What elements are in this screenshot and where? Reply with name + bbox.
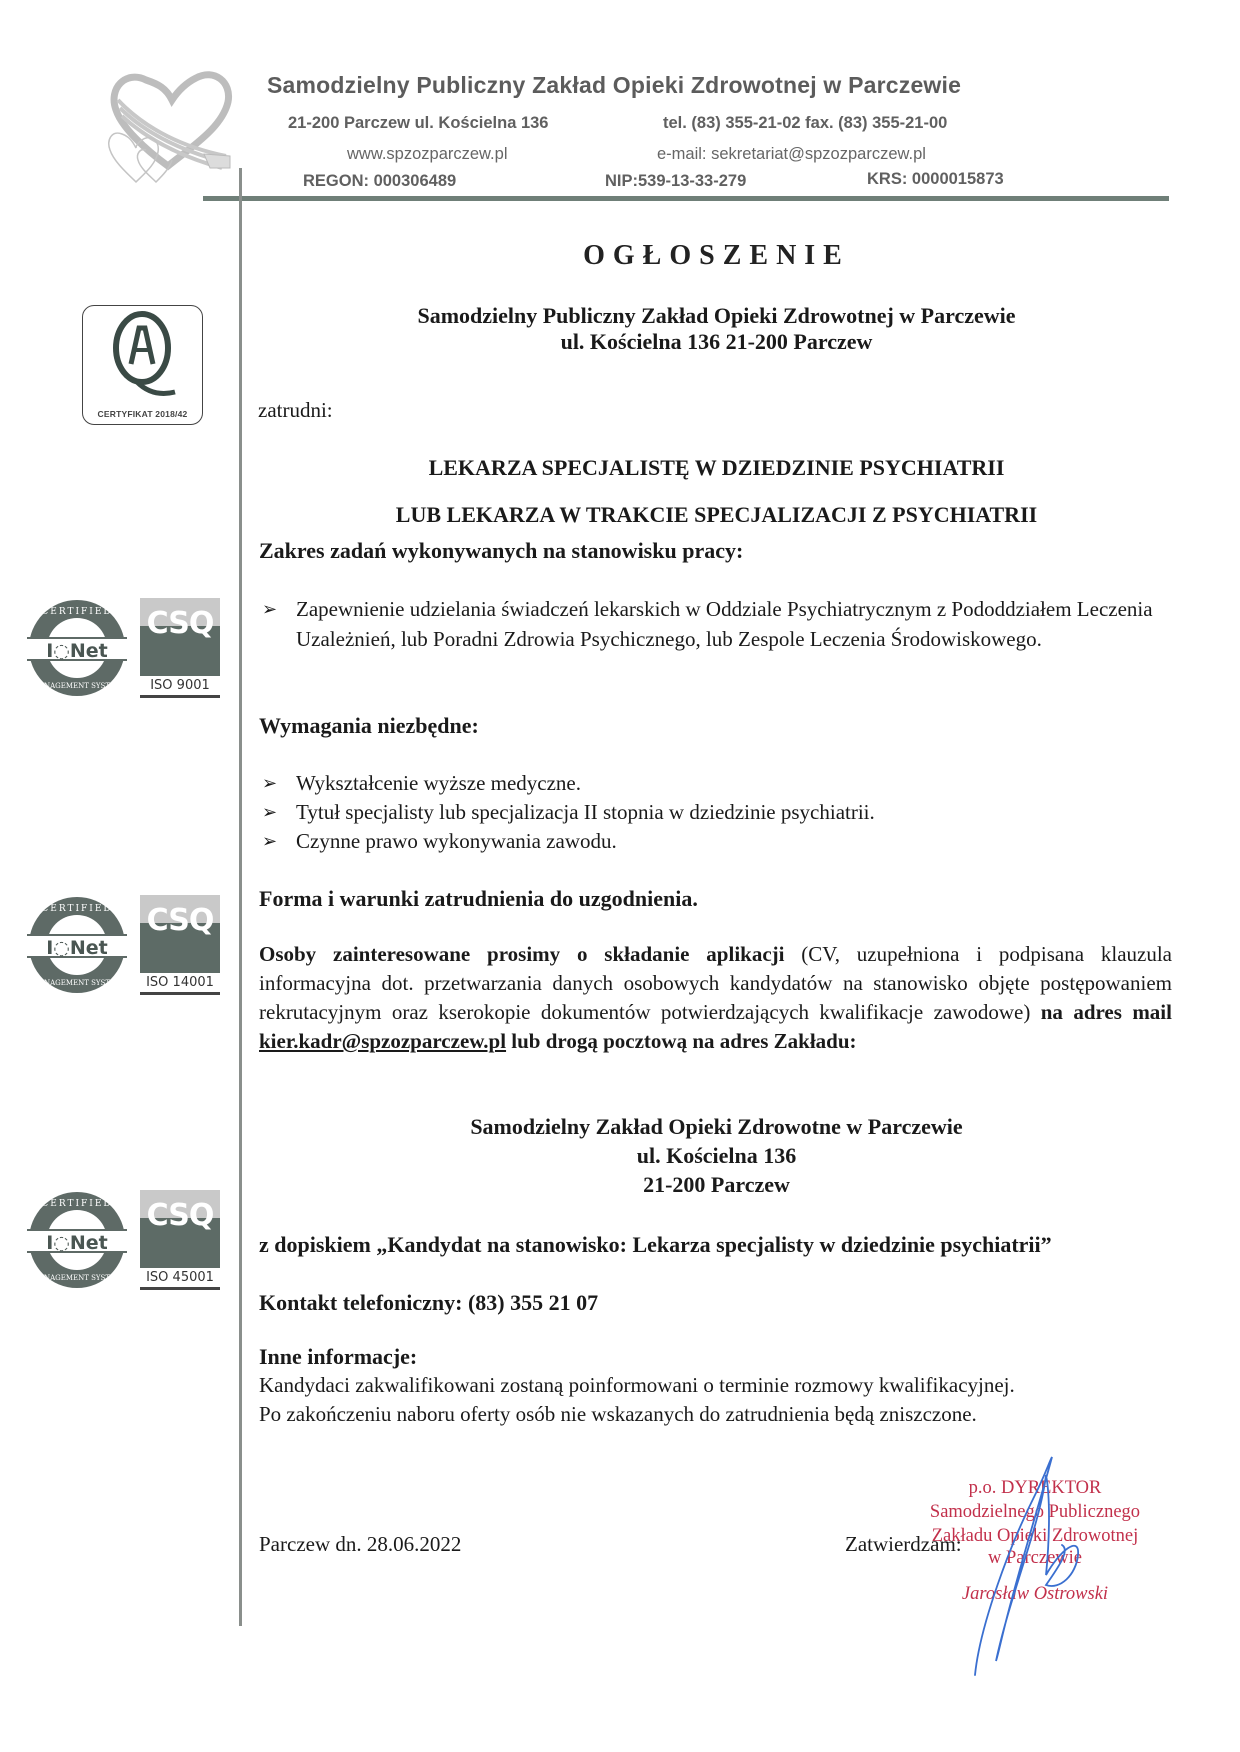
arrow-bullet-icon: ➢ xyxy=(262,826,277,856)
header-rule xyxy=(203,196,1169,201)
letterhead-email[interactable]: e-mail: sekretariat@spzozparczew.pl xyxy=(657,145,926,164)
postal-address-line: ul. Kościelna 136 xyxy=(261,1141,1172,1170)
other-info-heading: Inne informacje: xyxy=(259,1344,1172,1370)
iqnet-seal-icon: I◌Net CERTIFIED MANAGEMENT SYSTEM xyxy=(27,1190,127,1290)
iqnet-seal-icon: I◌Net CERTIFIED MANAGEMENT SYSTEM xyxy=(27,895,127,995)
letterhead-website[interactable]: www.spzozparczew.pl xyxy=(347,145,507,164)
margin-rule xyxy=(239,168,242,1626)
postal-address-line: 21-200 Parczew xyxy=(261,1170,1172,1199)
letterhead-regon: REGON: 000306489 xyxy=(303,172,456,191)
duty-item: ➢ Zapewnienie udzielania świadczeń lekar… xyxy=(296,594,1176,654)
csq-brand: CSQ xyxy=(140,1198,220,1233)
iso-standard-label: ISO 9001 xyxy=(140,678,220,693)
contact-phone: Kontakt telefoniczny: (83) 355 21 07 xyxy=(259,1290,1172,1316)
employer-address: ul. Kościelna 136 21-200 Parczew xyxy=(261,329,1172,355)
svg-text:I◌Net: I◌Net xyxy=(46,1232,108,1254)
iso-14001-logo: I◌Net CERTIFIED MANAGEMENT SYSTEM CSQ IS… xyxy=(27,895,227,997)
letterhead-nip: NIP:539-13-33-279 xyxy=(605,172,746,191)
letterhead-phone-fax: tel. (83) 355-21-02 fax. (83) 355-21-00 xyxy=(663,114,947,133)
arrow-bullet-icon: ➢ xyxy=(262,797,277,827)
q-certificate-label: CERTYFIKAT 2018/42 xyxy=(83,409,202,419)
svg-text:I◌Net: I◌Net xyxy=(46,937,108,959)
requirement-item: ➢ Tytuł specjalisty lub specjalizacja II… xyxy=(296,797,1176,827)
arrow-bullet-icon: ➢ xyxy=(262,768,277,798)
place-date: Parczew dn. 28.06.2022 xyxy=(259,1532,461,1557)
application-paragraph: Osoby zainteresowane prosimy o składanie… xyxy=(259,940,1172,1056)
letterhead-krs: KRS: 0000015873 xyxy=(867,170,1004,189)
application-mail-label: na adres mail xyxy=(1041,1000,1172,1024)
arrow-bullet-icon: ➢ xyxy=(262,594,277,624)
svg-text:CERTIFIED: CERTIFIED xyxy=(41,904,112,914)
svg-text:I◌Net: I◌Net xyxy=(46,640,108,662)
q-certificate-icon xyxy=(83,306,201,406)
position-line-1: LEKARZA SPECJALISTĘ W DZIEDZINIE PSYCHIA… xyxy=(261,455,1172,481)
svg-text:CERTIFIED: CERTIFIED xyxy=(41,607,112,617)
iso-45001-logo: I◌Net CERTIFIED MANAGEMENT SYSTEM CSQ IS… xyxy=(27,1190,227,1292)
signature-icon xyxy=(950,1455,1110,1685)
letterhead-address: 21-200 Parczew ul. Kościelna 136 xyxy=(288,114,548,133)
employer-name: Samodzielny Publiczny Zakład Opieki Zdro… xyxy=(261,303,1172,329)
employer-block: Samodzielny Publiczny Zakład Opieki Zdro… xyxy=(261,303,1172,355)
hires-label: zatrudni: xyxy=(258,398,333,423)
csq-brand: CSQ xyxy=(140,606,220,641)
application-lead: Osoby zainteresowane prosimy o składanie… xyxy=(259,942,784,966)
csq-mark: CSQ ISO 9001 xyxy=(140,598,220,700)
letterhead-org-name: Samodzielny Publiczny Zakład Opieki Zdro… xyxy=(267,72,961,99)
csq-mark: CSQ ISO 45001 xyxy=(140,1190,220,1292)
iso-9001-logo: I◌Net CERTIFIED MANAGEMENT SYSTEM CSQ IS… xyxy=(27,598,227,700)
iqnet-seal-icon: I◌Net CERTIFIED MANAGEMENT SYSTEM xyxy=(27,598,127,698)
svg-text:MANAGEMENT SYSTEM: MANAGEMENT SYSTEM xyxy=(32,1274,123,1282)
heart-logo-icon xyxy=(106,70,236,194)
other-info-line: Po zakończeniu naboru oferty osób nie ws… xyxy=(259,1402,1172,1427)
postal-address-line: Samodzielny Zakład Opieki Zdrowotne w Pa… xyxy=(261,1112,1172,1141)
announcement-title: OGŁOSZENIE xyxy=(261,240,1172,272)
application-tail: lub drogą pocztową na adres Zakładu: xyxy=(506,1029,856,1053)
svg-text:MANAGEMENT SYSTEM: MANAGEMENT SYSTEM xyxy=(32,979,123,987)
requirements-heading: Wymagania niezbędne: xyxy=(259,713,1172,739)
employment-form: Forma i warunki zatrudnienia do uzgodnie… xyxy=(259,886,1172,912)
requirement-item: ➢ Wykształcenie wyższe medyczne. xyxy=(296,768,1176,798)
csq-mark: CSQ ISO 14001 xyxy=(140,895,220,997)
iso-standard-label: ISO 45001 xyxy=(140,1270,220,1285)
postal-address: Samodzielny Zakład Opieki Zdrowotne w Pa… xyxy=(261,1112,1172,1199)
q-certificate-logo: CERTYFIKAT 2018/42 xyxy=(82,305,203,425)
annotation-note: z dopiskiem „Kandydat na stanowisko: Lek… xyxy=(259,1232,1172,1258)
svg-text:MANAGEMENT SYSTEM: MANAGEMENT SYSTEM xyxy=(32,682,123,690)
iso-standard-label: ISO 14001 xyxy=(140,975,220,990)
requirement-item: ➢ Czynne prawo wykonywania zawodu. xyxy=(296,826,1176,856)
svg-text:CERTIFIED: CERTIFIED xyxy=(41,1199,112,1209)
position-line-2: LUB LEKARZA W TRAKCIE SPECJALIZACJI Z PS… xyxy=(261,502,1172,528)
other-info-line: Kandydaci zakwalifikowani zostaną poinfo… xyxy=(259,1373,1172,1398)
csq-brand: CSQ xyxy=(140,903,220,938)
application-email-link[interactable]: kier.kadr@spzozparczew.pl xyxy=(259,1029,506,1053)
duties-heading: Zakres zadań wykonywanych na stanowisku … xyxy=(259,538,1172,564)
